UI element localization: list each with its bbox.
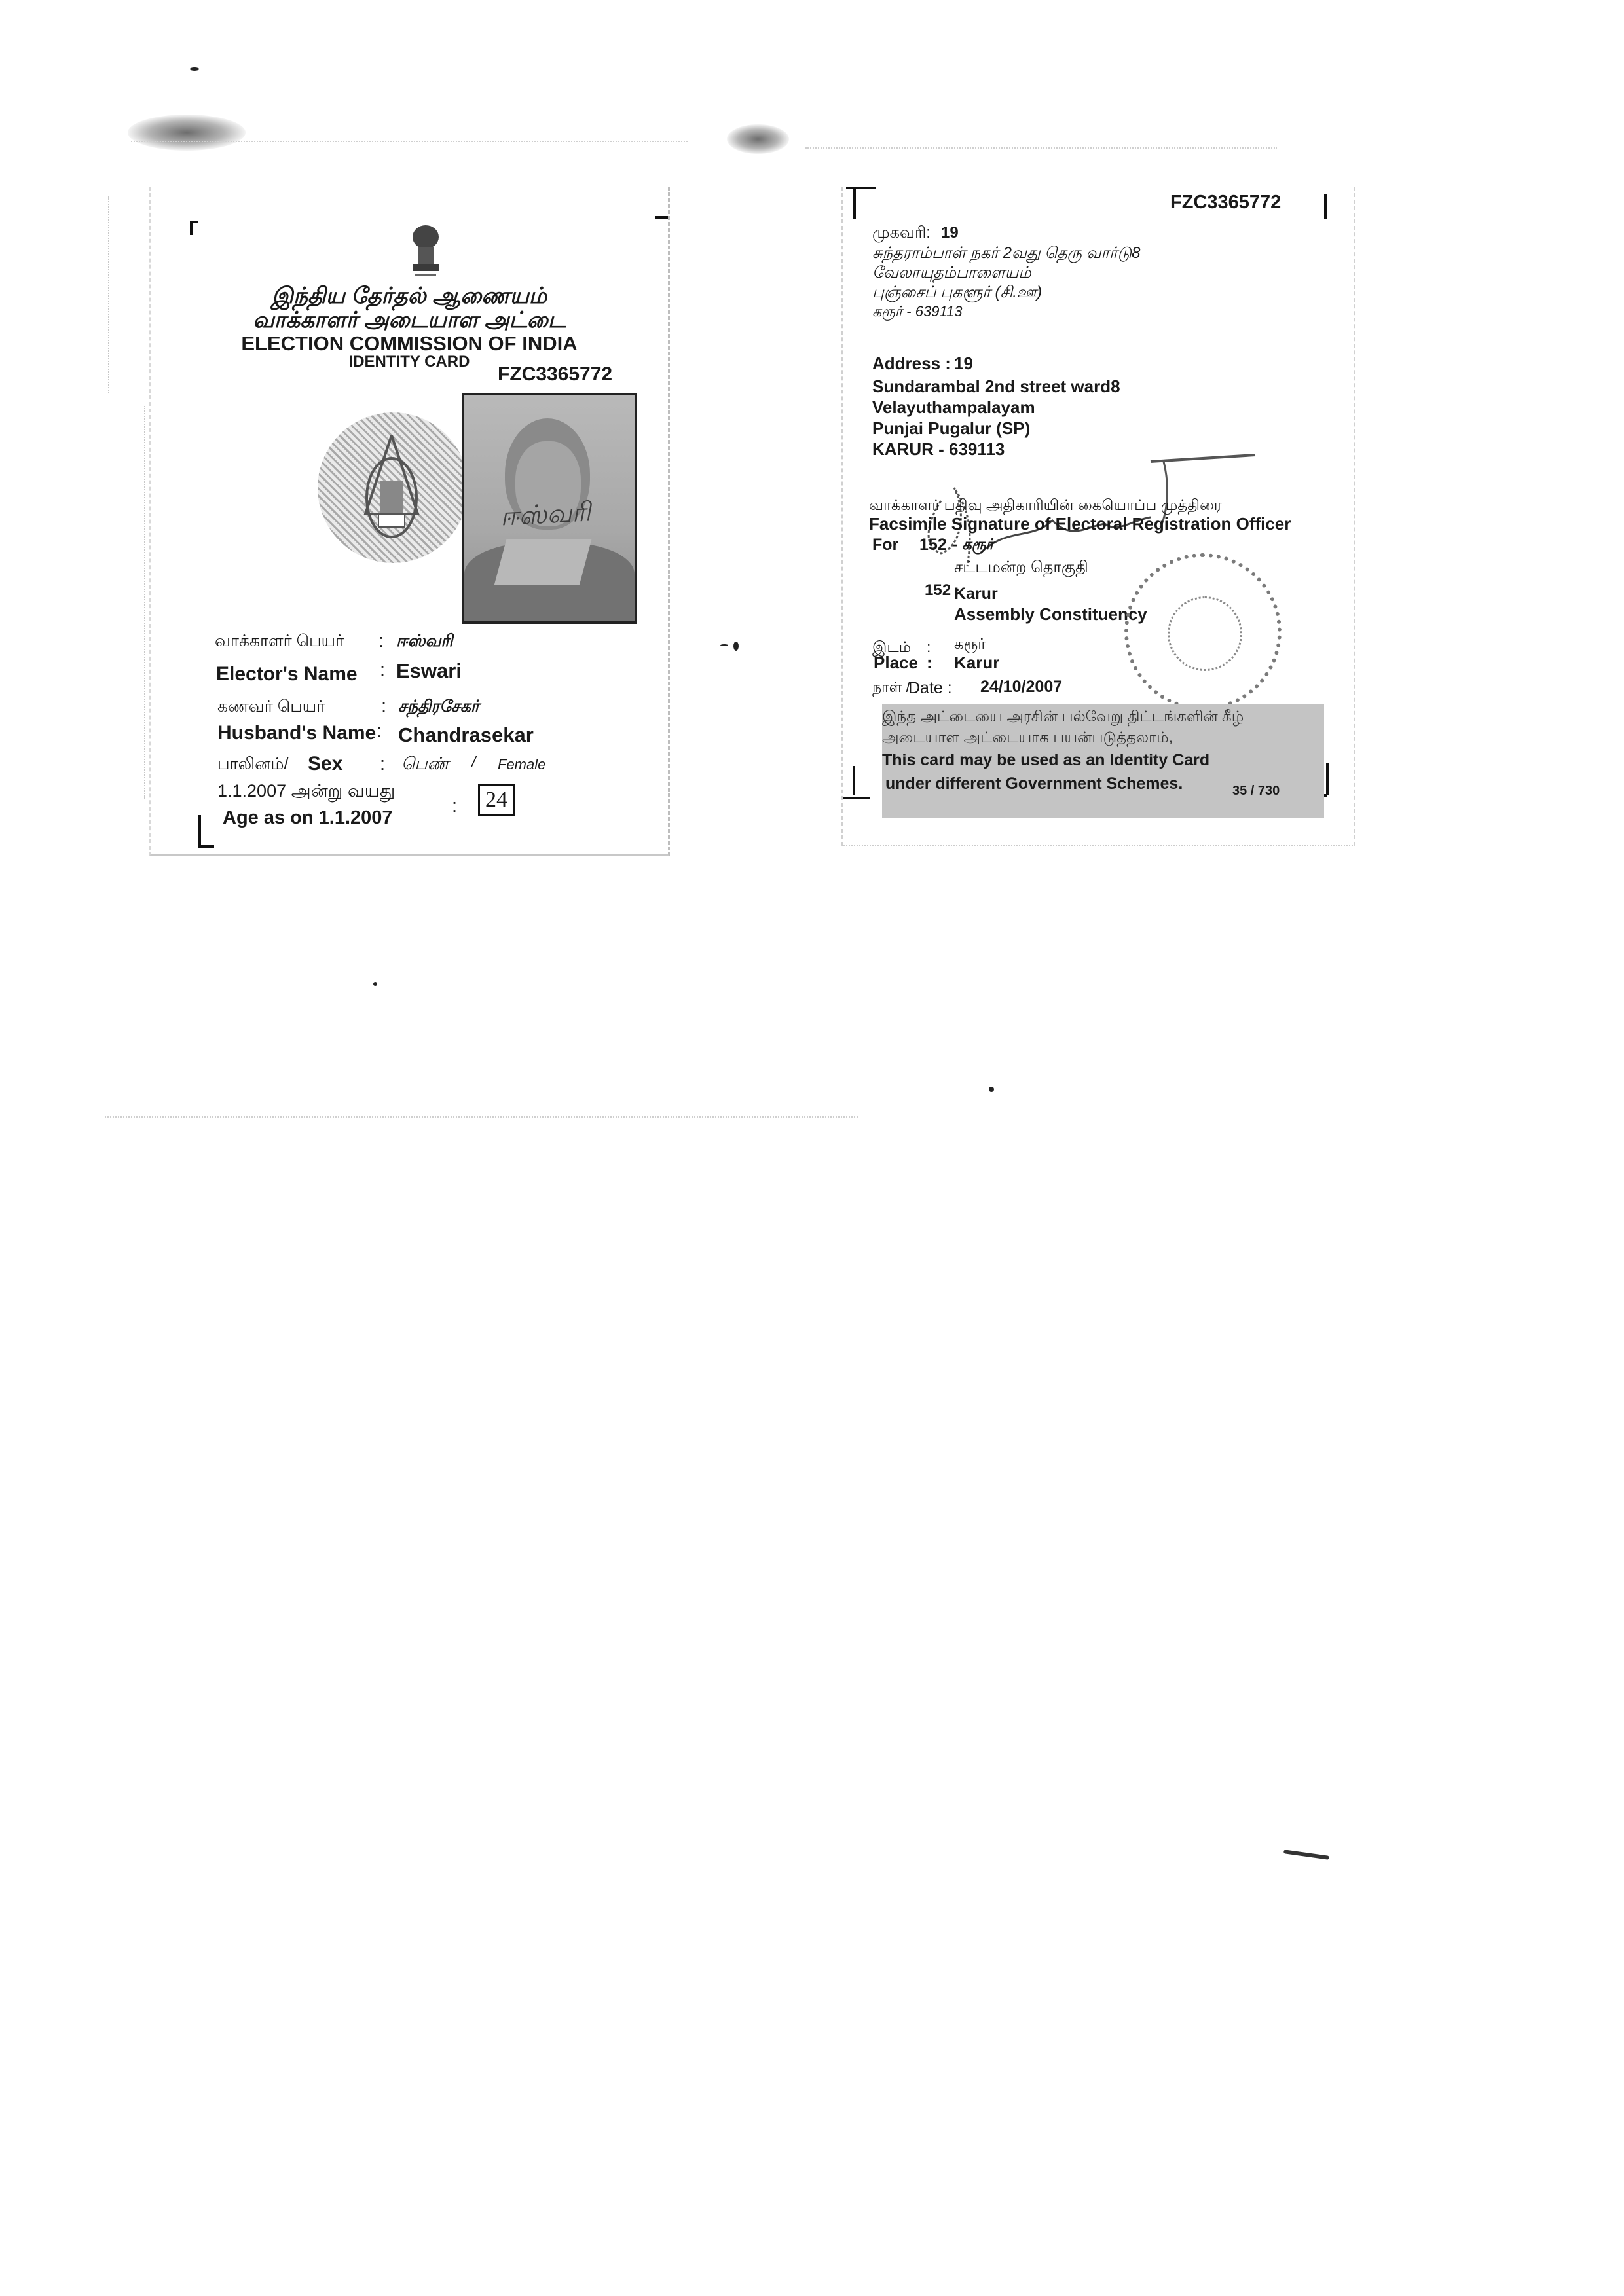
notice-english-line2: under different Government Schemes. xyxy=(885,774,1183,793)
address-line-tamil: வேலாயுதம்பாளையம் xyxy=(872,264,1031,283)
address-line-tamil: சுந்தராம்பாள் நகர் 2வது தெரு வார்டு8 xyxy=(872,244,1140,264)
address-house: 19 xyxy=(954,354,973,374)
place-value-tamil: கரூர் xyxy=(954,635,986,655)
constituency-english-line2: Assembly Constituency xyxy=(954,604,1147,625)
address-line-tamil: கரூர் - 639113 xyxy=(872,303,963,322)
separator: : xyxy=(927,653,932,673)
age-label: Age as on 1.1.2007 xyxy=(223,807,393,829)
constituency-tamil: - கரூர் xyxy=(953,536,993,555)
elector-name-value-tamil: ஈஸ்வரி xyxy=(396,632,452,653)
separator: : xyxy=(377,721,382,742)
separator: : xyxy=(452,795,457,817)
sex-label-tamil: பாலினம்/ xyxy=(217,755,288,776)
sex-label: Sex xyxy=(308,753,342,775)
photo-neck xyxy=(494,539,592,585)
scan-speck xyxy=(190,67,199,71)
husband-name-value-tamil: சந்திரசேகர் xyxy=(398,697,479,718)
scan-smudge xyxy=(128,115,246,151)
elector-name-label-tamil: வாக்காளர் பெயர் xyxy=(215,632,344,653)
epic-number-back: FZC3365772 xyxy=(1170,192,1281,213)
crop-mark-top-left xyxy=(190,221,193,235)
epic-number: FZC3365772 xyxy=(498,363,612,386)
elector-name-label: Elector's Name xyxy=(216,663,358,685)
sex-value-tamil: பெண் xyxy=(401,754,449,776)
age-value: 24 xyxy=(485,788,507,812)
crop-mark-bottom-left xyxy=(198,845,214,848)
crop-mark-bottom-right xyxy=(1326,763,1329,795)
separator: : xyxy=(378,630,384,652)
elector-photo: ஈஸ்வரி xyxy=(462,393,637,624)
elector-name-value: Eswari xyxy=(396,659,462,683)
scan-line xyxy=(144,406,145,799)
sex-value: Female xyxy=(498,756,545,773)
crop-mark-top-right xyxy=(655,216,668,219)
scan-smudge xyxy=(727,124,789,154)
husband-name-label: Husband's Name xyxy=(217,722,376,744)
pen-stroke xyxy=(1283,1850,1329,1860)
voter-id-card-front: இந்திய தேர்தல் ஆணையம் வாக்காளர் அடையாள அ… xyxy=(149,187,670,856)
age-label-tamil: 1.1.2007 அன்று வயது xyxy=(217,781,395,804)
address-house-tamil: 19 xyxy=(941,224,959,242)
separator: : xyxy=(380,754,385,775)
address-label-tamil: முகவரி: xyxy=(872,224,931,244)
age-value-box: 24 xyxy=(478,784,515,816)
title-english: ELECTION COMMISSION OF INDIA xyxy=(151,332,668,355)
signature-caption: Facsimile Signature of Electoral Registr… xyxy=(869,514,1291,534)
husband-name-value: Chandrasekar xyxy=(398,723,534,747)
scan-speck xyxy=(989,1087,994,1092)
slash: / xyxy=(471,754,476,772)
date-value: 24/10/2007 xyxy=(980,678,1062,697)
address-line-tamil: புஞ்சைப் புகளூர் (சி.ஊ) xyxy=(872,283,1042,303)
notice-tamil-line2: அடையாள அட்டையாக பயன்படுத்தலாம், xyxy=(882,729,1173,748)
national-emblem-icon xyxy=(406,223,445,282)
date-label-tamil: நாள் / xyxy=(872,679,910,698)
address-label: Address : xyxy=(872,354,951,374)
scan-speck xyxy=(720,644,728,646)
scan-line xyxy=(105,1116,858,1118)
scan-line xyxy=(131,141,688,142)
place-label: Place xyxy=(874,653,918,673)
crop-mark-bottom-left xyxy=(853,766,855,795)
address-line: Punjai Pugalur (SP) xyxy=(872,418,1030,439)
crop-mark-top-left xyxy=(853,187,856,219)
constituency-tamil-line2: சட்டமன்ற தொகுதி xyxy=(954,558,1088,578)
scan-speck xyxy=(733,642,739,651)
husband-name-label-tamil: கணவர் பெயர் xyxy=(217,697,325,718)
address-line: Sundarambal 2nd street ward8 xyxy=(872,376,1120,397)
for-label: For xyxy=(872,536,898,555)
scan-speck xyxy=(373,982,377,986)
place-value: Karur xyxy=(954,653,999,673)
separator: : xyxy=(380,659,385,681)
crop-mark-top-right xyxy=(1324,194,1327,219)
notice-tamil-line1: இந்த அட்டையை அரசின் பல்வேறு திட்டங்களின்… xyxy=(882,708,1244,727)
scan-line xyxy=(805,147,1277,149)
usage-notice-box: இந்த அட்டையை அரசின் பல்வேறு திட்டங்களின்… xyxy=(882,704,1324,818)
address-line: Velayuthampalayam xyxy=(872,397,1035,418)
crop-mark-bottom-left xyxy=(198,815,201,848)
official-seal-stamp xyxy=(1124,553,1282,710)
signature-caption-tamil: வாக்காளர் பதிவு அதிகாரியின் கையொப்ப முத்… xyxy=(869,496,1222,516)
notice-english-line1: This card may be used as an Identity Car… xyxy=(882,751,1209,770)
temple-tower-icon xyxy=(359,435,424,543)
constituency-english: Karur xyxy=(954,585,998,604)
part-serial-number: 35 / 730 xyxy=(1232,784,1280,799)
photo-handwritten-signature: ஈஸ்வரி xyxy=(500,498,592,535)
stamp-inner-ring xyxy=(1168,596,1242,671)
voter-id-card-back: FZC3365772 முகவரி: 19 சுந்தராம்பாள் நகர்… xyxy=(841,187,1355,846)
date-label: Date : xyxy=(908,679,952,698)
separator: : xyxy=(381,696,386,718)
crop-mark-top-left xyxy=(846,187,876,189)
crop-mark-bottom-left xyxy=(843,797,870,799)
constituency-number: 152 xyxy=(919,536,947,555)
scan-line xyxy=(108,196,109,393)
